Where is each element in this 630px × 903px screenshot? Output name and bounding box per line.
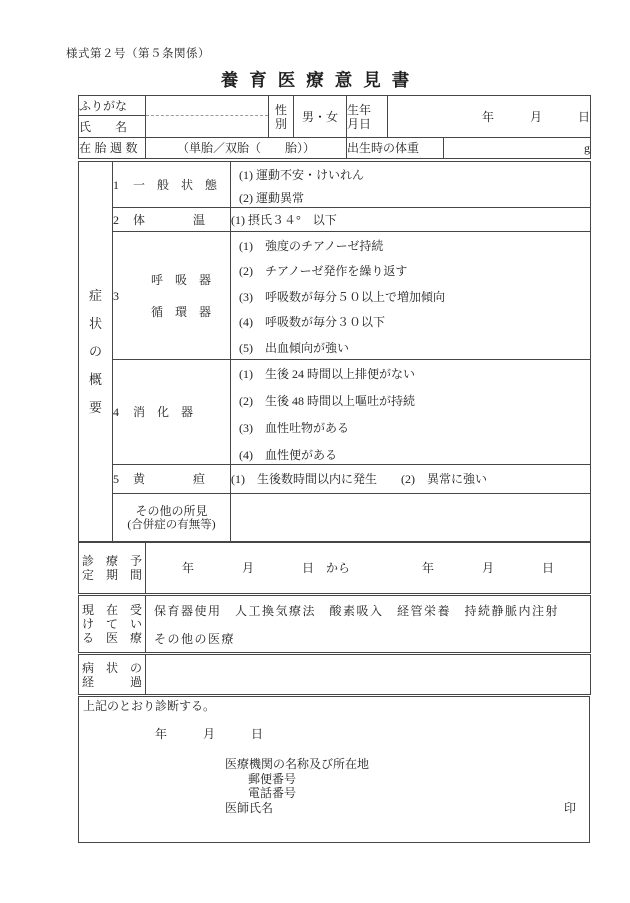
- items-temperature: (1) 摂氏３４° 以下: [231, 208, 591, 232]
- seal-mark: 印: [564, 801, 576, 815]
- postal-code-label: 郵便番号: [248, 772, 296, 786]
- symptoms-table: 症 状 の 概 要 1 一 般 状 態 (1) 運動不安・けいれん (2) 運動…: [78, 161, 591, 542]
- progress-label: 病 状 の 経 過: [79, 655, 146, 695]
- patient-info-table: ふりがな 性 別 男・女 生年 月日 年 月 日 氏 名 在胎週数 （単胎／双胎…: [78, 95, 591, 159]
- symptoms-side-label: 症 状 の 概 要: [79, 162, 113, 542]
- signature-box: 上記のとおり診断する。 年 月 日 医療機関の名称及び所在地 郵便番号 電話番号…: [78, 696, 590, 843]
- other-findings-label: その他の所見 (合併症の有無等): [113, 494, 231, 542]
- other-findings-input-area: [231, 494, 591, 542]
- current-care-table: 現 在 受 け て い る 医 療 保育器使用 人工換気療法 酸素吸入 経管栄養…: [78, 595, 591, 653]
- symptom-item: (1) 強度のチアノーゼ持続: [239, 239, 590, 253]
- items-digestive: (1) 生後 24 時間以上排便がない (2) 生後 48 時間以上嘔吐が持続 …: [231, 360, 591, 465]
- gestation-label: 在胎週数: [79, 138, 146, 159]
- current-care-options: 保育器使用 人工換気療法 酸素吸入 経管栄養 持続静脈内注射 その他の医療: [146, 596, 591, 653]
- symptom-item: (4) 呼吸数が毎分３０以下: [239, 315, 590, 329]
- diagnosis-statement: 上記のとおり診断する。: [83, 699, 215, 713]
- symptom-item: (2) 運動異常: [239, 191, 590, 205]
- symptom-item: (1) 運動不安・けいれん: [239, 168, 590, 182]
- furigana-label: ふりがな: [79, 96, 146, 116]
- care-option-line: 保育器使用 人工換気療法 酸素吸入 経管栄養 持続静脈内注射: [154, 604, 590, 618]
- symptom-item: (4) 血性便がある: [239, 448, 590, 462]
- symptom-item: (3) 呼吸数が毎分５０以上で増加傾向: [239, 290, 590, 304]
- dob-label: 生年 月日: [347, 96, 388, 138]
- category-respiratory-circulatory: 3 呼 吸 器 循 環 器: [113, 232, 231, 360]
- institution-label: 医療機関の名称及び所在地: [225, 757, 369, 771]
- care-other-line: その他の医療: [154, 632, 590, 646]
- items-jaundice: (1) 生後数時間以内に発生 (2) 異常に強い: [231, 465, 591, 494]
- form-number: 様式第２号（第５条関係）: [66, 45, 210, 61]
- items-general-state: (1) 運動不安・けいれん (2) 運動異常: [231, 162, 591, 208]
- birth-weight-value-area: g: [444, 138, 591, 159]
- sex-value: 男・女: [294, 96, 347, 138]
- signature-date-line: 年 月 日: [155, 727, 263, 741]
- treatment-period-value-area: 年 月 日 から 年 月 日: [146, 543, 591, 594]
- page-title: 養育医療意見書: [0, 67, 630, 92]
- items-respiratory-circulatory: (1) 強度のチアノーゼ持続 (2) チアノーゼ発作を繰り返す (3) 呼吸数が…: [231, 232, 591, 360]
- furigana-input-area: [146, 96, 269, 116]
- progress-table: 病 状 の 経 過: [78, 654, 591, 695]
- category-general-state: 1 一 般 状 態: [113, 162, 231, 208]
- treatment-period-label: 診 療 予 定 期 間: [79, 543, 146, 594]
- progress-input-area: [146, 655, 591, 695]
- symptom-item: (2) 生後 48 時間以上嘔吐が持続: [239, 394, 590, 408]
- name-input-area: [146, 116, 269, 138]
- symptom-item: (5) 出血傾向が強い: [239, 341, 590, 355]
- sex-label: 性 別: [269, 96, 294, 138]
- doctor-name-label: 医師氏名: [225, 801, 273, 815]
- treatment-period-table: 診 療 予 定 期 間 年 月 日 から 年 月 日: [78, 542, 591, 594]
- symptom-item: (3) 血性吐物がある: [239, 421, 590, 435]
- phone-number-label: 電話番号: [248, 786, 296, 800]
- document-page: 様式第２号（第５条関係） 養育医療意見書 ふりがな 性 別 男・女 生年 月日 …: [0, 0, 630, 903]
- category-digestive: 4 消 化 器: [113, 360, 231, 465]
- gestation-value-area: （単胎／双胎（ 胎））: [146, 138, 347, 159]
- category-temperature: 2 体 温: [113, 208, 231, 232]
- symptom-item: (1) 生後 24 時間以上排便がない: [239, 367, 590, 381]
- name-label: 氏 名: [79, 116, 146, 138]
- current-care-label: 現 在 受 け て い る 医 療: [79, 596, 146, 653]
- symptom-item: (2) チアノーゼ発作を繰り返す: [239, 264, 590, 278]
- birth-weight-label: 出生時の体重: [347, 138, 444, 159]
- category-jaundice: 5 黄 疸: [113, 465, 231, 494]
- dob-value-area: 年 月 日: [388, 96, 591, 138]
